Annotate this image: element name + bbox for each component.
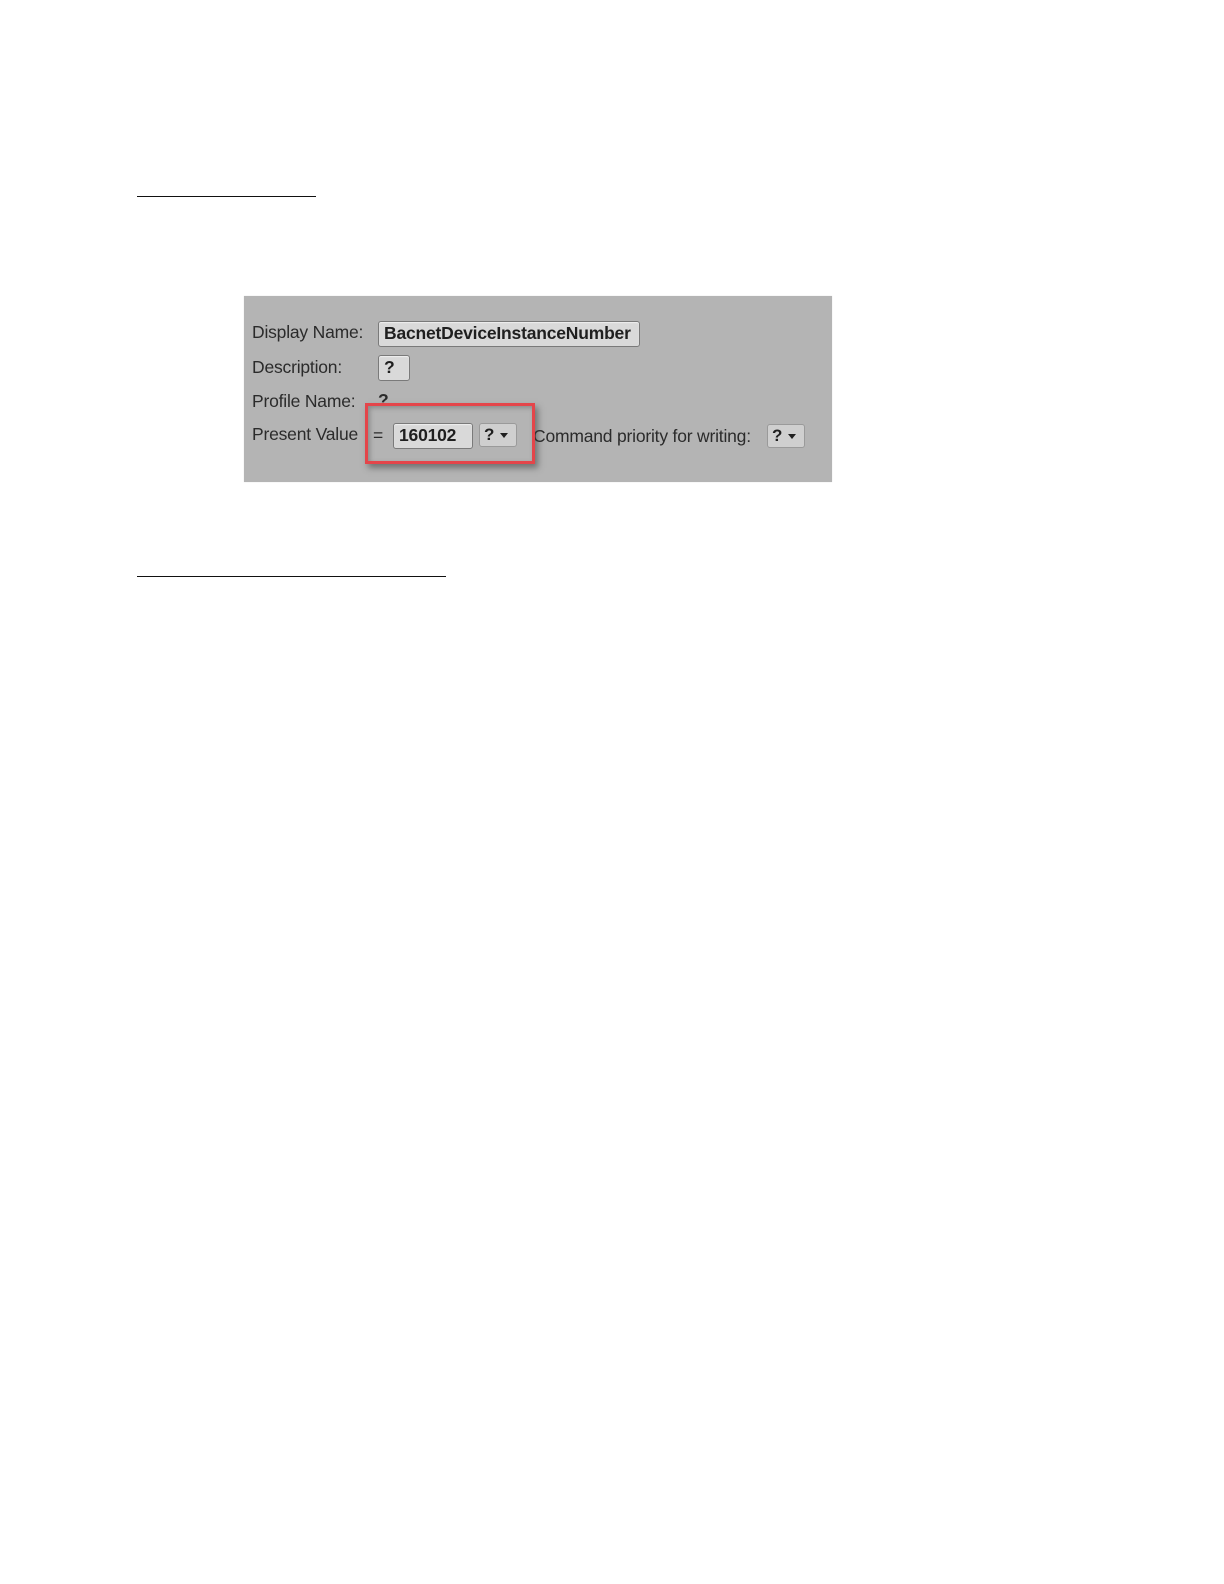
chevron-down-icon xyxy=(788,434,796,439)
description-label: Description: xyxy=(252,357,342,378)
display-name-field[interactable]: BacnetDeviceInstanceNumber xyxy=(378,321,640,347)
present-value-label: Present Value xyxy=(252,424,358,445)
present-value-unit-selected: ? xyxy=(484,425,494,444)
profile-name-label: Profile Name: xyxy=(252,391,355,412)
description-field[interactable]: ? xyxy=(378,355,410,381)
display-name-label: Display Name: xyxy=(252,322,363,343)
present-value-field[interactable]: 160102 xyxy=(393,423,473,449)
bacnet-properties-screenshot: Display Name: BacnetDeviceInstanceNumber… xyxy=(244,296,832,482)
command-priority-label: Command priority for writing: xyxy=(533,426,751,447)
underline-rule-2 xyxy=(137,576,446,577)
equals-sign: = xyxy=(373,425,383,446)
underline-rule-1 xyxy=(137,196,316,197)
command-priority-selected: ? xyxy=(772,426,782,445)
command-priority-dropdown[interactable]: ? xyxy=(767,424,805,448)
profile-name-value: ? xyxy=(378,390,389,411)
present-value-unit-dropdown[interactable]: ? xyxy=(479,423,517,447)
chevron-down-icon xyxy=(500,433,508,438)
